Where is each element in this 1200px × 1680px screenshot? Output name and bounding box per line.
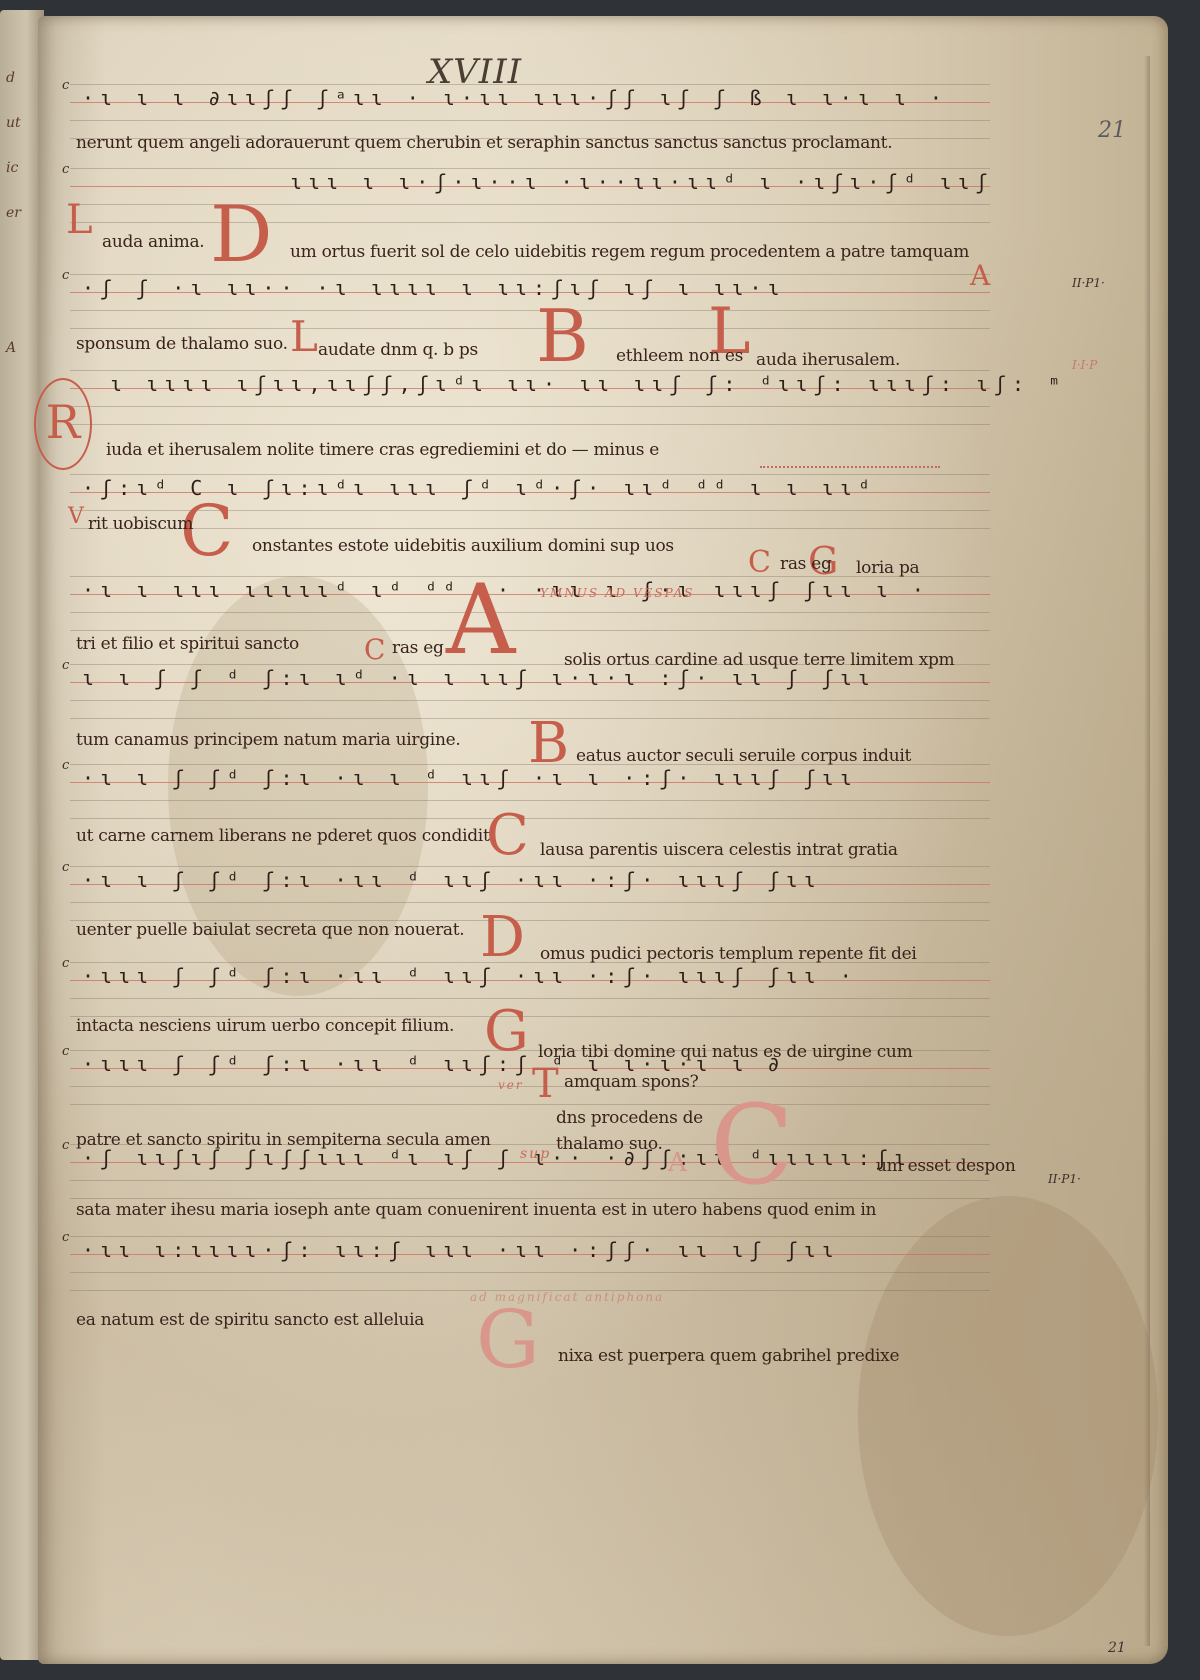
prev-page-fragment: d <box>6 70 15 86</box>
chant-text-line: amquam spons? <box>76 1072 996 1102</box>
chant-text: rit uobiscum <box>88 514 193 534</box>
margin-note-red: I·I·P <box>1072 358 1097 372</box>
chant-text: ethleem non es <box>616 346 743 366</box>
neume-row: ·ɩ ɩ ɩ ∂ɩɩʃʃ ʃᵃɩɩ · ɩ·ɩɩ ɩɩɩ·ʃʃ ɩʃ ʃ ß ɩ… <box>82 86 948 110</box>
chant-text-line: tri et filio et spiritui sancto ras eg s… <box>76 634 996 664</box>
initial-A-faded: A <box>668 1150 687 1176</box>
chant-text: lausa parentis uiscera celestis intrat g… <box>540 840 898 860</box>
chant-text-line: tum canamus principem natum maria uirgin… <box>76 730 996 760</box>
clef-letter: c <box>62 1044 69 1059</box>
chant-text-line: sata mater ihesu maria ioseph ante quam … <box>76 1200 996 1230</box>
chant-text: patre et sancto spiritu in sempiterna se… <box>76 1130 491 1150</box>
neume-row: ·ɩɩɩ ʃ ʃᵈ ʃ:ɩ ·ɩɩ ᵈ ɩɩʃ ·ɩɩ ·:ʃ· ɩɩɩʃ ʃɩ… <box>82 964 858 988</box>
chant-text: ea natum est de spiritu sancto est allel… <box>76 1310 424 1330</box>
chant-text: um ortus fuerit sol de celo uidebitis re… <box>290 242 969 262</box>
clef-letter: c <box>62 956 69 971</box>
chant-text: dns procedens de <box>556 1108 703 1128</box>
chant-text: ras eg <box>392 638 444 658</box>
clef-letter: c <box>62 162 69 177</box>
initial-C-faded: C <box>710 1090 794 1200</box>
music-staff: ·ɩ ɩ ɩɩɩ ɩɩɩɩɩᵈ ɩᵈ ᵈᵈ ɩ· ·ɩɩ ɩ ʃ·ɩ ɩɩɩʃ … <box>70 572 990 642</box>
chant-text: uenter puelle baiulat secreta que non no… <box>76 920 464 940</box>
prev-page-fragment: ut <box>6 115 21 131</box>
chant-text: nerunt quem angeli adorauerunt quem cher… <box>76 133 892 153</box>
chant-text: amquam spons? <box>564 1072 698 1092</box>
clef-letter: c <box>62 78 69 93</box>
folio-number: 21 <box>1098 118 1126 143</box>
neume-row: ·ɩ ɩ ʃ ʃᵈ ʃ:ɩ ·ɩɩ ᵈ ɩɩʃ ·ɩɩ ·:ʃ· ɩɩɩʃ ʃɩ… <box>82 868 822 892</box>
clef-letter: c <box>62 860 69 875</box>
neume-row: ·ɩ ɩ ʃ ʃᵈ ʃ:ɩ ·ɩ ɩ ᵈ ɩɩʃ ·ɩ ɩ ·:ʃ· ɩɩɩʃ … <box>82 766 858 790</box>
clef-letter: c <box>62 1138 69 1153</box>
prev-page-fragment: A <box>6 340 16 356</box>
initial-A: A <box>970 262 990 290</box>
prev-page-fragment: er <box>6 205 21 221</box>
chant-text: thalamo suo. <box>556 1134 663 1154</box>
chant-text-line: uenter puelle baiulat secreta que non no… <box>76 920 996 950</box>
chant-text-line: ut carne carnem liberans ne pderet quos … <box>76 826 996 856</box>
chant-text-line: auda anima. um ortus fuerit sol de celo … <box>76 232 996 262</box>
chant-text: eatus auctor seculi seruile corpus indui… <box>576 746 911 766</box>
chant-text-line: intacta nesciens uirum uerbo concepit fi… <box>76 1016 996 1046</box>
initial-V: V <box>68 506 84 528</box>
chant-text-line: dns procedens de patre et sancto spiritu… <box>76 1108 996 1138</box>
chant-text-line: rit uobiscum onstantes estote uidebitis … <box>76 536 996 566</box>
chant-text: sponsum de thalamo suo. <box>76 334 288 354</box>
chant-text: loria tibi domine qui natus es de uirgin… <box>538 1042 912 1062</box>
neume-row: ɩɩɩ ɩ ɩ·ʃ·ɩ··ɩ ·ɩ··ɩɩ·ɩɩᵈ ɩ ·ɩʃɩ·ʃᵈ ɩɩʃ <box>290 170 994 194</box>
chant-text: tum canamus principem natum maria uirgin… <box>76 730 460 750</box>
chant-text: um esset despon <box>876 1156 1016 1176</box>
chant-text-line: sponsum de thalamo suo. audate dnm q. b … <box>76 334 996 364</box>
chant-text-line: ea natum est de spiritu sancto est allel… <box>76 1310 996 1340</box>
margin-note: II·P1· <box>1048 1172 1081 1186</box>
prev-page-fragment: ic <box>6 160 18 176</box>
chant-text: onstantes estote uidebitis auxilium domi… <box>252 536 674 556</box>
chant-text: ut carne carnem liberans ne pderet quos … <box>76 826 489 846</box>
chant-text: auda anima. <box>102 232 204 252</box>
chant-text: omus pudici pectoris templum repente fit… <box>540 944 917 964</box>
neume-row: ·ɩɩ ɩ:ɩɩɩɩ·ʃ: ɩɩ:ʃ ɩɩɩ ·ɩɩ ·:ʃʃ· ɩɩ ɩʃ ʃ… <box>82 1238 840 1262</box>
rubric-sup: sup <box>520 1146 551 1162</box>
music-staff: c ɩɩɩ ɩ ɩ·ʃ·ɩ··ɩ ·ɩ··ɩɩ·ɩɩᵈ ɩ ·ɩʃɩ·ʃᵈ ɩɩ… <box>70 164 990 234</box>
clef-letter: c <box>62 658 69 673</box>
neume-row: ·ʃ ʃ ·ɩ ɩɩ·· ·ɩ ɩɩɩɩ ɩ ɩɩ:ʃɩʃ ɩʃ ɩ ɩɩ·ɩ <box>82 276 786 300</box>
margin-note: II·P1· <box>1072 276 1105 290</box>
chant-text: sata mater ihesu maria ioseph ante quam … <box>76 1200 876 1220</box>
chant-text: intacta nesciens uirum uerbo concepit fi… <box>76 1016 454 1036</box>
chant-text: iuda et iherusalem nolite timere cras eg… <box>106 440 659 460</box>
chant-text: solis ortus cardine ad usque terre limit… <box>564 650 954 670</box>
clef-letter: c <box>62 1230 69 1245</box>
chant-text: audate dnm q. b ps <box>318 340 478 360</box>
chant-text: ras eg <box>780 554 832 574</box>
hymn-rubric-heading: YMNUS AD VESPAS <box>540 586 694 600</box>
rubric-flourish <box>760 462 940 468</box>
clef-letter: c <box>62 758 69 773</box>
chant-text: nixa est puerpera quem gabrihel predixe <box>558 1346 899 1366</box>
music-staff: ɩ ɩɩɩɩ ɩʃɩɩ,ɩɩʃʃ,ʃɩᵈɩ ɩɩ· ɩɩ ɩɩʃ ʃ: ᵈɩɩʃ… <box>70 366 990 436</box>
clef-letter: c <box>62 268 69 283</box>
chant-text: tri et filio et spiritui sancto <box>76 634 299 654</box>
folio-number-bottom: 21 <box>1108 1640 1126 1656</box>
chant-text: loria pa <box>856 558 919 578</box>
chant-text: auda iherusalem. <box>756 350 900 370</box>
chant-text-line: nerunt quem angeli adorauerunt quem cher… <box>76 133 996 163</box>
music-staff: c ·ʃ ʃ ·ɩ ɩɩ·· ·ɩ ɩɩɩɩ ɩ ɩɩ:ʃɩʃ ɩʃ ɩ ɩɩ·… <box>70 270 990 340</box>
